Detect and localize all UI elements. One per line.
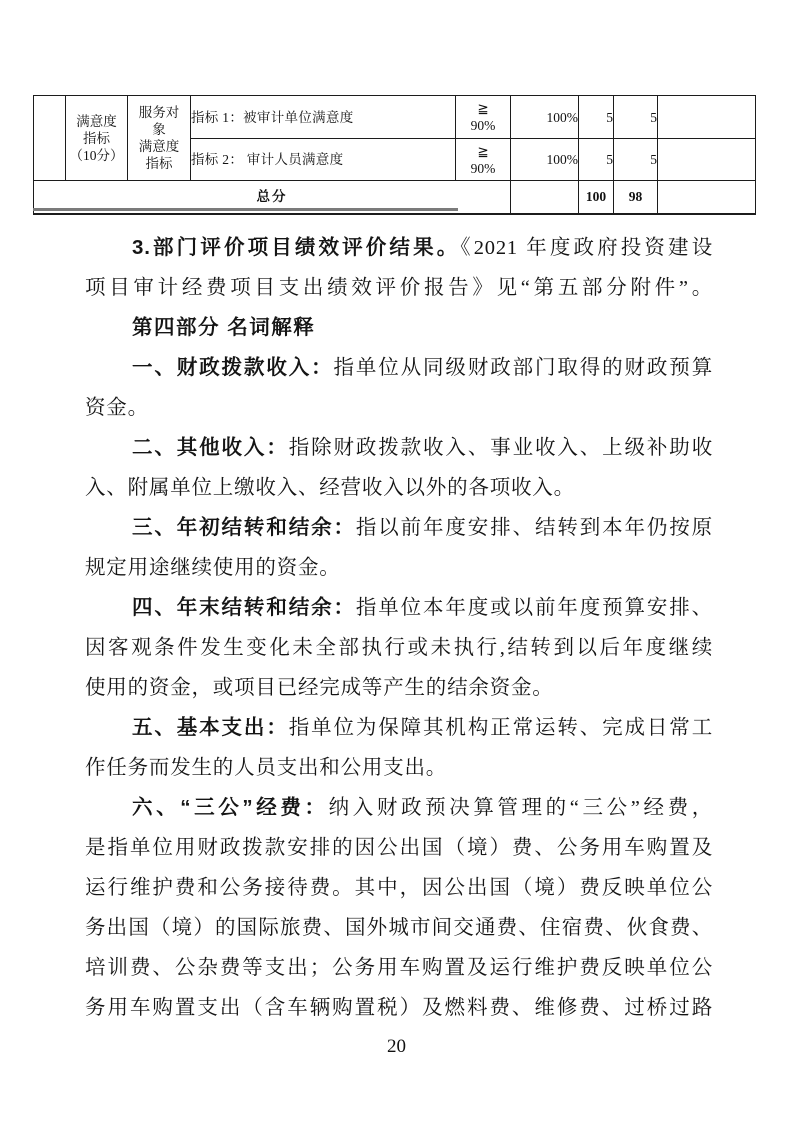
page-number: 20 <box>0 1036 793 1058</box>
text-line: 培训费、公杂费等支出；公务用车购置及运行维护费反映单位公 <box>85 948 713 988</box>
text-line: 一、财政拨款收入：指单位从同级财政部门取得的财政预算 <box>85 348 713 388</box>
paragraph-text: 项目审计经费项目支出绩效评价报告》见“第五部分附件”。 <box>85 277 713 299</box>
cell-target-2: ≧ 90% <box>456 139 511 181</box>
text-line: 六、“三公”经费：纳入财政预决算管理的“三公”经费， <box>85 788 713 828</box>
document-page: 满意度 指标 （10分） 服务对 象 满意度 指标 指标 1：被审计单位满意度 … <box>0 0 793 1122</box>
paragraph-text: 入、附属单位上缴收入、经营收入以外的各项收入。 <box>85 477 575 499</box>
cell-score-1: 5 <box>614 96 658 139</box>
paragraph-text: 指单位本年度或以前年度预算安排、 <box>356 597 713 619</box>
paragraph-lead: 二、其他收入： <box>132 436 289 459</box>
section-heading: 第四部分 名词解释 <box>85 308 713 348</box>
cell-note-2 <box>658 139 756 181</box>
text-line: 二、其他收入：指除财政拨款收入、事业收入、上级补助收 <box>85 428 713 468</box>
paragraph-text: 纳入财政预决算管理的“三公”经费， <box>329 797 713 819</box>
cell-blank <box>34 96 66 181</box>
cell-total-actual <box>511 181 579 214</box>
cell-subcategory: 服务对 象 满意度 指标 <box>128 96 191 181</box>
cell-actual-1: 100% <box>511 96 579 139</box>
text-line: 五、基本支出：指单位为保障其机构正常运转、完成日常工 <box>85 708 713 748</box>
paragraph-text: 运行维护费和公务接待费。其中，因公出国（境）费反映单位公 <box>85 877 713 899</box>
body-text: 3.部门评价项目绩效评价结果。《2021 年度政府投资建设项目审计经费项目支出绩… <box>85 228 713 1028</box>
cell-total-note <box>658 181 756 214</box>
paragraph-text: 使用的资金，或项目已经完成等产生的结余资金。 <box>85 677 554 699</box>
paragraph-text: 资金。 <box>85 397 149 419</box>
text-line: 项目审计经费项目支出绩效评价报告》见“第五部分附件”。 <box>85 268 713 308</box>
paragraph-text: 指除财政拨款收入、事业收入、上级补助收 <box>289 437 713 459</box>
paragraph-text: 因客观条件发生变化未全部执行或未执行,结转到以后年度继续 <box>85 637 713 659</box>
cell-actual-2: 100% <box>511 139 579 181</box>
text-line: 资金。 <box>85 388 713 428</box>
paragraph-text: 指以前年度安排、结转到本年仍按原 <box>356 517 713 539</box>
cell-fullscore-1: 5 <box>579 96 614 139</box>
text-line: 因客观条件发生变化未全部执行或未执行,结转到以后年度继续 <box>85 628 713 668</box>
paragraph-text: 指单位从同级财政部门取得的财政预算 <box>334 357 714 379</box>
cell-note-1 <box>658 96 756 139</box>
text-line: 作任务而发生的人员支出和公用支出。 <box>85 748 713 788</box>
text-line: 务出国（境）的国际旅费、国外城市间交通费、住宿费、伙食费、 <box>85 908 713 948</box>
paragraph-lead: 四、年末结转和结余： <box>132 596 356 619</box>
cell-score-2: 5 <box>614 139 658 181</box>
paragraph-text: 务出国（境）的国际旅费、国外城市间交通费、住宿费、伙食费、 <box>85 917 713 939</box>
paragraph-text: 指单位为保障其机构正常运转、完成日常工 <box>289 717 713 739</box>
cell-indicator-1: 指标 1：被审计单位满意度 <box>191 96 456 139</box>
paragraph-lead: 六、“三公”经费： <box>132 796 329 819</box>
paragraph-text: 《2021 年度政府投资建设 <box>460 237 713 259</box>
paragraph-text: 作任务而发生的人员支出和公用支出。 <box>85 757 447 779</box>
cell-category: 满意度 指标 （10分） <box>66 96 128 181</box>
performance-score-table: 满意度 指标 （10分） 服务对 象 满意度 指标 指标 1：被审计单位满意度 … <box>33 95 756 215</box>
score-table-wrap: 满意度 指标 （10分） 服务对 象 满意度 指标 指标 1：被审计单位满意度 … <box>33 95 757 215</box>
paragraph-lead: 一、财政拨款收入： <box>132 356 334 379</box>
text-line: 使用的资金，或项目已经完成等产生的结余资金。 <box>85 668 713 708</box>
cell-fullscore-2: 5 <box>579 139 614 181</box>
cell-total-score: 98 <box>614 181 658 214</box>
text-line: 四、年末结转和结余：指单位本年度或以前年度预算安排、 <box>85 588 713 628</box>
text-line: 运行维护费和公务接待费。其中，因公出国（境）费反映单位公 <box>85 868 713 908</box>
text-line: 入、附属单位上缴收入、经营收入以外的各项收入。 <box>85 468 713 508</box>
page-break-artifact-line <box>33 208 458 211</box>
paragraph-lead: 3.部门评价项目绩效评价结果。 <box>132 236 460 259</box>
paragraph-lead: 五、基本支出： <box>132 716 289 739</box>
paragraph-text: 是指单位用财政拨款安排的因公出国（境）费、公务用车购置及 <box>85 837 713 859</box>
paragraph-text: 第四部分 名词解释 <box>132 316 315 339</box>
paragraph-text: 规定用途继续使用的资金。 <box>85 557 341 579</box>
text-line: 三、年初结转和结余：指以前年度安排、结转到本年仍按原 <box>85 508 713 548</box>
paragraph-text: 培训费、公杂费等支出；公务用车购置及运行维护费反映单位公 <box>85 957 713 979</box>
paragraph-lead: 三、年初结转和结余： <box>132 516 356 539</box>
text-line: 3.部门评价项目绩效评价结果。《2021 年度政府投资建设 <box>85 228 713 268</box>
cell-indicator-2: 指标 2： 审计人员满意度 <box>191 139 456 181</box>
text-line: 务用车购置支出（含车辆购置税）及燃料费、维修费、过桥过路 <box>85 988 713 1028</box>
cell-total-fullscore: 100 <box>579 181 614 214</box>
text-line: 是指单位用财政拨款安排的因公出国（境）费、公务用车购置及 <box>85 828 713 868</box>
text-line: 规定用途继续使用的资金。 <box>85 548 713 588</box>
cell-target-1: ≧ 90% <box>456 96 511 139</box>
paragraph-text: 务用车购置支出（含车辆购置税）及燃料费、维修费、过桥过路 <box>85 997 713 1019</box>
